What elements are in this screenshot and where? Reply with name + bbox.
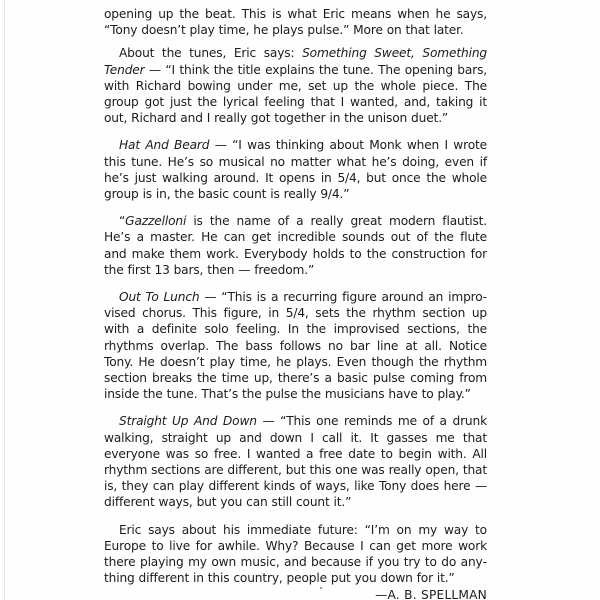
paragraph-straight-up-and-down: Straight Up And Down — “This one reminds… [104, 413, 487, 510]
paragraph-intro-end: opening up the beat. This is what Eric m… [104, 6, 487, 38]
tune-title: Straight Up And Down [119, 414, 257, 428]
paragraph-text: — “This one reminds me of a drunk walkin… [104, 414, 487, 509]
tune-title: Out To Lunch [119, 290, 199, 304]
tune-title: Hat And Beard [119, 138, 209, 152]
paragraph-something-sweet: About the tunes, Eric says: Something Sw… [104, 45, 487, 126]
print-speck [320, 587, 322, 589]
tune-title: Gazzelloni [125, 214, 186, 228]
paragraph-text: — “This is a recurring figure around an … [104, 290, 487, 401]
liner-notes-page: opening up the beat. This is what Eric m… [104, 6, 487, 600]
paragraph-text: Eric says about his immediate future: “I… [104, 523, 487, 586]
paragraph-text: opening up the beat. This is what Eric m… [104, 7, 487, 37]
paragraph-immediate-future: Eric says about his immediate future: “I… [104, 522, 487, 587]
paragraph-hat-and-beard: Hat And Beard — “I was thinking about Mo… [104, 137, 487, 202]
paragraph-gazzelloni: “Gazzelloni is the name of a really grea… [104, 213, 487, 278]
paragraph-out-to-lunch: Out To Lunch — “This is a recurring figu… [104, 289, 487, 402]
paragraph-text: — “I think the title explains the tune. … [104, 63, 487, 126]
paragraph-text: About the tunes, Eric says: [119, 46, 302, 60]
page-edge-line [4, 0, 5, 600]
author-signature: —A. B. SPELLMAN [104, 587, 487, 600]
